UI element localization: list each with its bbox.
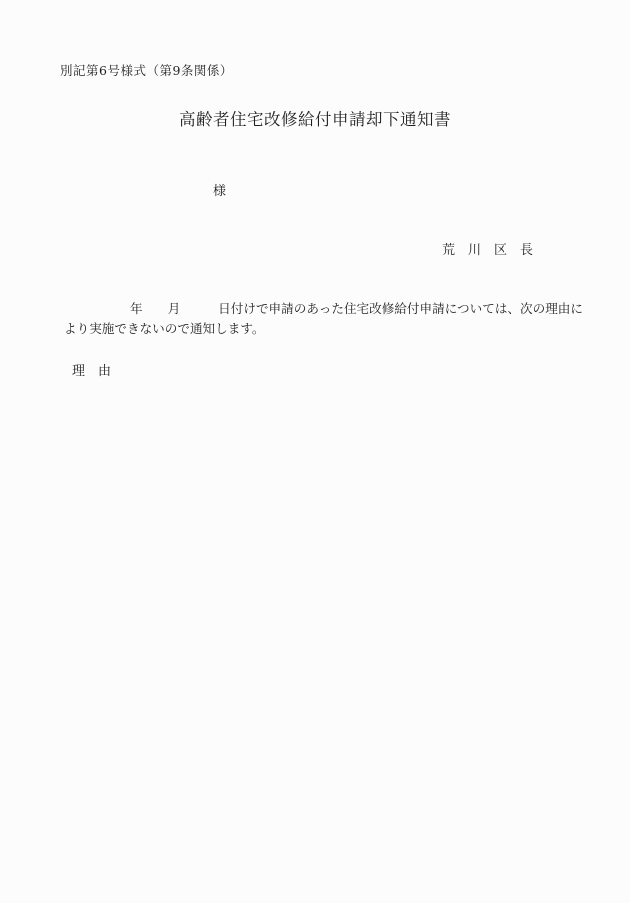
body-text-line-2: より実施できないので通知します。 [64, 321, 265, 336]
document-page: 別記第6号様式（第9条関係） 高齢者住宅改修給付申請却下通知書 様 荒 川 区 … [0, 0, 630, 903]
sender-name: 荒 川 区 長 [442, 243, 533, 259]
body-text-line-1: 年 月 日付けで申請のあった住宅改修給付申請については、次の理由に [130, 301, 583, 316]
document-title: 高齢者住宅改修給付申請却下通知書 [0, 110, 630, 130]
reason-label: 理 由 [72, 364, 111, 380]
form-number-label: 別記第6号様式（第9条関係） [60, 63, 233, 78]
addressee-suffix-label: 様 [213, 184, 226, 200]
